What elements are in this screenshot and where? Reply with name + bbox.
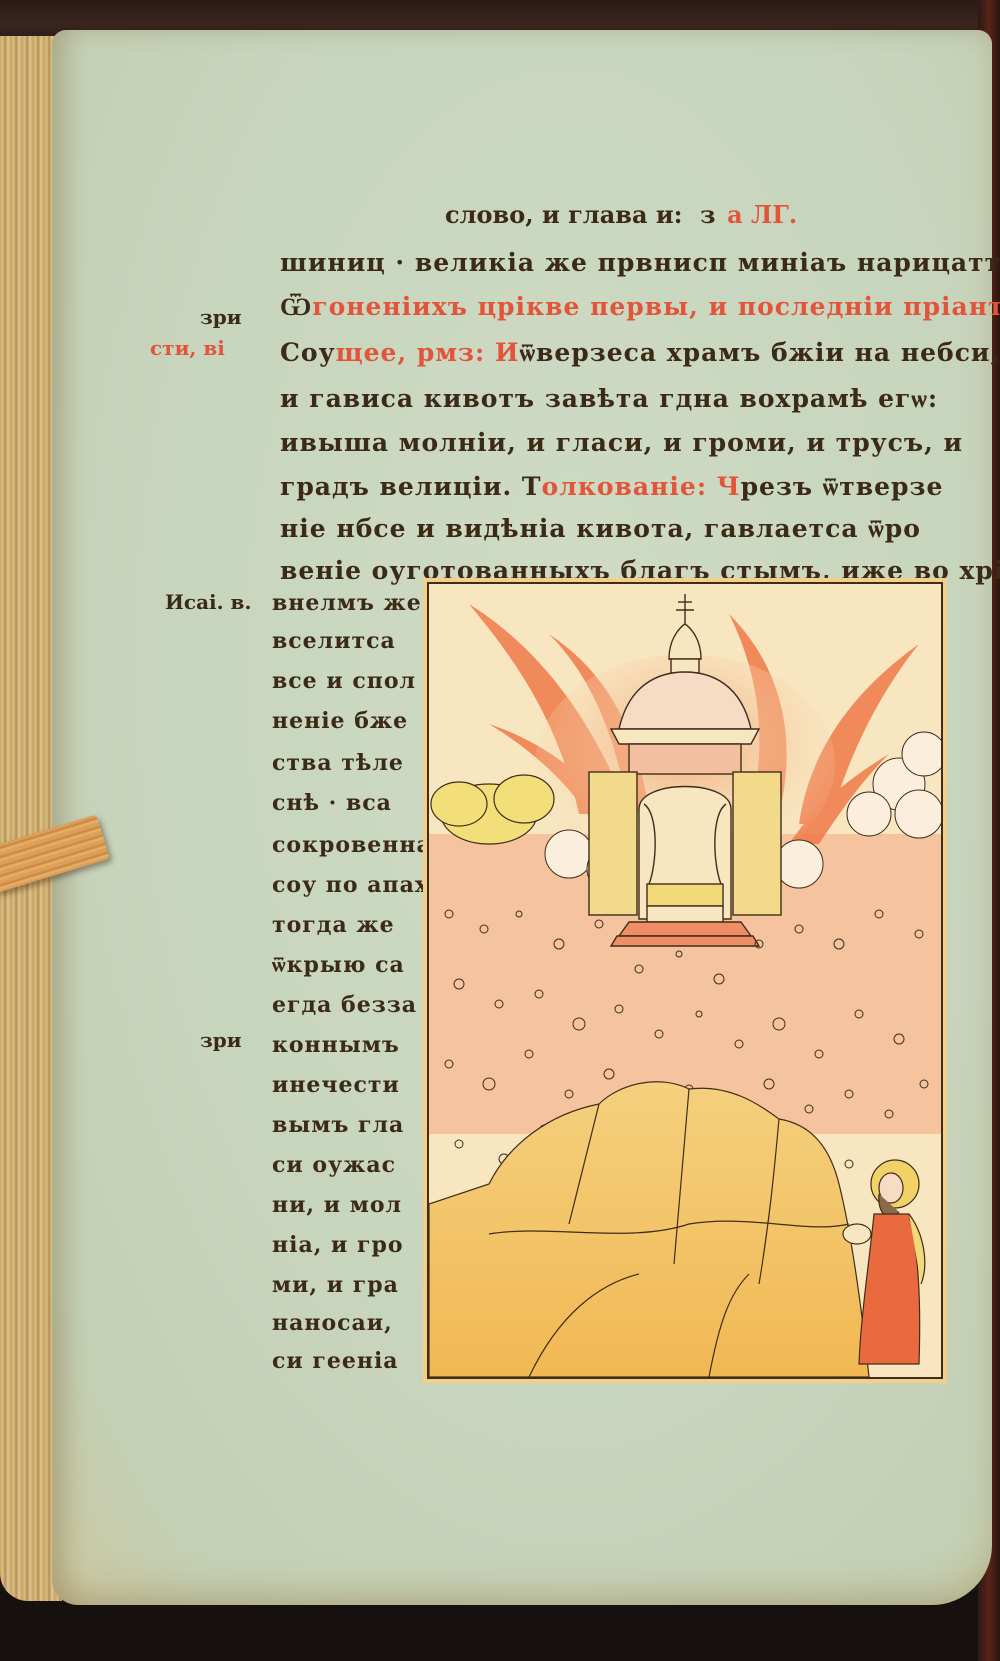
column-text-line: вымъ гла (272, 1112, 404, 1138)
illustration-drawing (429, 584, 941, 1377)
column-text-line: ства тѣле (272, 750, 404, 776)
column-text-line: внелмъ же (272, 590, 422, 616)
main-text-line: ніе нбсе и видѣніа кивота, гавлаетса ѿро (280, 514, 921, 544)
page-heading: слово, и глава и: з а ЛГ. (445, 200, 797, 229)
main-text-line: веніе оуготованныхъ благъ стымъ, иже во … (280, 556, 1000, 585)
column-text-line: ніа, и гро (272, 1232, 404, 1258)
text-span: ніе нбсе и видѣніа кивота, гавлаетса ѿро (280, 514, 921, 543)
main-text-line: ивыша молніи, и гласи, и громи, и трусъ,… (280, 428, 963, 457)
initial-letter: Ѿ (280, 292, 312, 321)
main-text-line: и гависа кивотъ завѣта гдна вохрамѣ егѡ: (280, 384, 938, 414)
text-span: ѿверзеса храмъ бжіи на небси, (520, 338, 1000, 367)
rubric-span: щее, рмз: И (336, 338, 520, 367)
text-span: шиниц · великіа же првнисп миніаъ нарица… (280, 248, 1000, 277)
heading-numeral: з (700, 200, 715, 229)
margin-note: зри (200, 1028, 242, 1052)
initial-letter: Соу (280, 338, 336, 367)
column-text-line: наносаи, (272, 1310, 393, 1336)
main-text-line: шиниц · великіа же првнисп миніаъ нарица… (280, 248, 1000, 277)
margin-note-rubric: сти, ві (150, 336, 225, 360)
folio-number: а ЛГ. (727, 200, 797, 229)
column-text-line: си оужас (272, 1152, 396, 1178)
text-span: резъ ѿтверзе (741, 472, 944, 501)
column-text-line: сокровенна (272, 832, 432, 858)
column-text-line: инечести (272, 1072, 400, 1098)
column-text-line: все и спол (272, 668, 416, 694)
column-text-line: егда безза (272, 992, 417, 1018)
column-text-line: вселитса (272, 628, 396, 654)
column-text-line: ни, и мол (272, 1192, 402, 1218)
text-span: градъ велиціи. Т (280, 472, 542, 501)
text-span: ивыша молніи, и гласи, и громи, и трусъ,… (280, 428, 963, 457)
column-text-line: ми, и гра (272, 1272, 399, 1298)
rubric-span: гоненіихъ црікве первы, и последніи пріа… (312, 292, 1000, 321)
column-text-line: снѣ · вса (272, 790, 392, 816)
text-span: и гависа кивотъ завѣта гдна вохрамѣ егѡ: (280, 384, 938, 413)
text-span: веніе оуготованныхъ благъ стымъ, иже во … (280, 556, 1000, 585)
margin-note: зри (200, 305, 242, 329)
column-text-line: ѿкрыю са (272, 952, 405, 978)
column-text-line: соу по апах. (272, 872, 438, 898)
main-text-line: Соущее, рмз: Иѿверзеса храмъ бжіи на неб… (280, 338, 1000, 368)
main-text-line: градъ велиціи. Толкованіе: Чрезъ ѿтверзе (280, 472, 943, 502)
main-text-line: Ѿгоненіихъ црікве первы, и последніи прі… (280, 292, 1000, 322)
heading-text: слово, и глава и: (445, 200, 683, 229)
column-text-line: тогда же (272, 912, 395, 938)
column-text-line: коннымъ (272, 1032, 400, 1058)
column-text-line: неніе бже (272, 708, 408, 734)
illustration-temple-opened-in-heaven (427, 582, 943, 1379)
rubric-span: олкованіе: Ч (542, 472, 741, 501)
column-text-line: си гееніа (272, 1348, 399, 1374)
margin-note-reference: Исаі. в. (165, 590, 251, 614)
